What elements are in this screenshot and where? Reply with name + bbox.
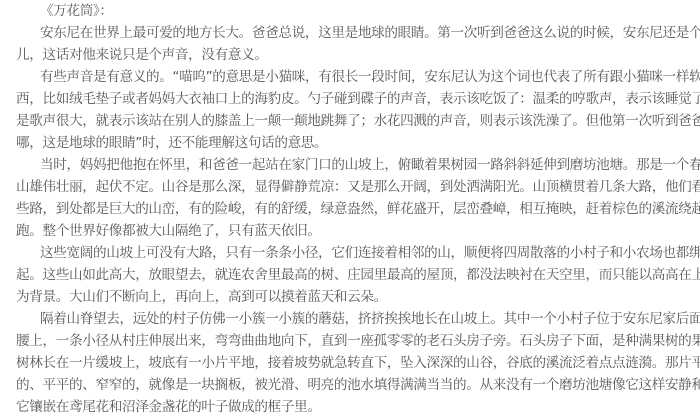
document-title: 《万花筒》： — [40, 0, 113, 22]
text-line: 哪，这是地球的眼睛”时，还不能理解这句话的意思。 — [16, 132, 327, 154]
text-line: 当时，妈妈把他抱在怀里，和爸爸一起站在家门口的山坡上，俯瞰着果树园一路斜斜延伸到… — [40, 154, 700, 176]
text-line: 为背景。大山们不断向上，再向上，高到可以摸着蓝天和云朵。 — [16, 286, 387, 308]
text-line: 些路，到处都是巨大的山峦，有的险峻，有的舒缓，绿意盎然，鲜花盛开，层峦叠嶂，相互… — [16, 198, 700, 220]
text-line: 腰上，一条小径从村庄伸展出来，弯弯曲曲地向下，直到一座孤零零的老石头房子旁。石头… — [16, 330, 700, 352]
text-line: 隔着山脊望去，远处的村子仿佛一小簇一小簇的蘑菇，挤挤挨挨地长在山坡上。其中一个小… — [40, 308, 700, 330]
text-line: 西，比如绒毛垫子或者妈妈大衣袖口上的海豹皮。勺子碰到碟子的声音，表示该吃饭了：温… — [16, 88, 700, 110]
text-line: 有些声音是有意义的。“喵呜”的意思是小猫咪，有很长一段时间，安东尼认为这个词也代… — [40, 66, 700, 88]
text-line: 山雄伟壮丽，起伏不定。山谷是那么深，显得僻静荒凉：又是那么开阔，到处洒满阳光。山… — [16, 176, 700, 198]
text-line: 的、平平的、窄窄的，就像是一块搁板，被光滑、明亮的池水填得满满当当的。从来没有一… — [16, 374, 700, 396]
text-line: 儿，这话对他来说只是个声音，没有意义。 — [16, 44, 268, 66]
text-line: 起。这些山如此高大，放眼望去，就连农舍里最高的树、庄园里最高的屋顶，都没法映衬在… — [16, 264, 700, 286]
text-line: 是歌声很大，就表示该站在别人的膝盖上一颠一颠地跳舞了；水花四溅的声音，则表示该洗… — [16, 110, 700, 132]
document-body: 《万花筒》： 安东尼在世界上最可爱的地方长大。爸爸总说，这里是地球的眼睛。第一次… — [0, 0, 700, 400]
text-line: 它镶嵌在鸢尾花和沼泽金盏花的叶子做成的框子里。 — [16, 396, 321, 400]
text-line: 跑。整个世界好像都被大山隔绝了，只有蓝天依旧。 — [16, 220, 321, 242]
text-line: 这些宽阔的山坡上可没有大路，只有一条条小径，它们连接着相邻的山，顺便将四周散落的… — [40, 242, 700, 264]
text-line: 安东尼在世界上最可爱的地方长大。爸爸总说，这里是地球的眼睛。第一次听到爸爸这么说… — [40, 22, 700, 44]
text-line: 树林长在一片缓坡上，坡底有一小片平地，接着坡势就急转直下，坠入深深的山谷，谷底的… — [16, 352, 700, 374]
